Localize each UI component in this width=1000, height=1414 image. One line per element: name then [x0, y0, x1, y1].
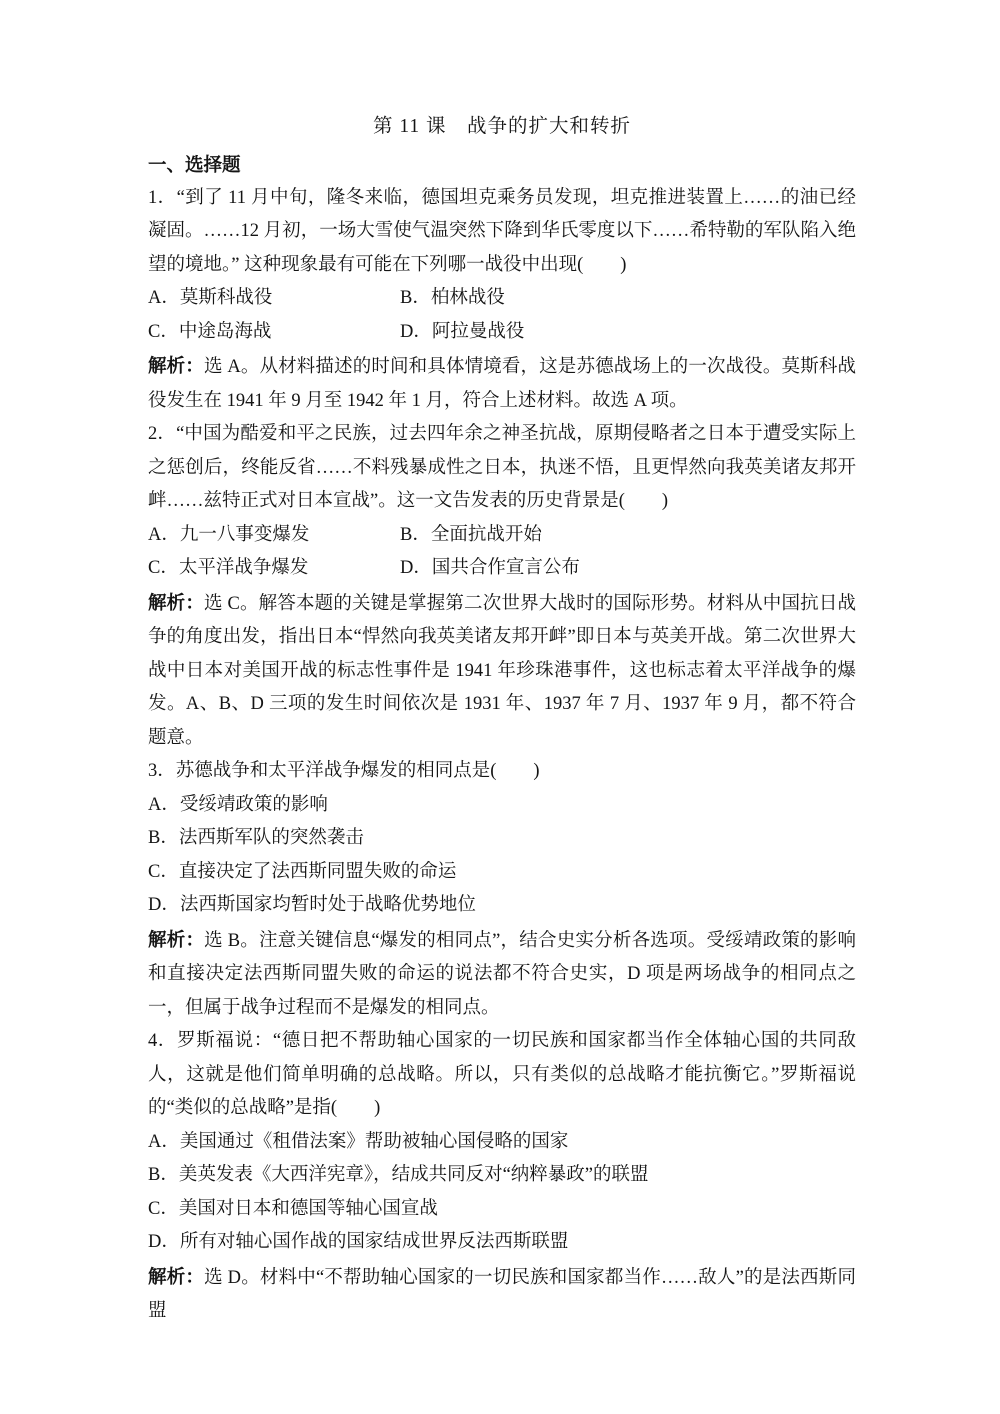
document-content: 第 11 课 战争的扩大和转折 一、选择题 1．“到了 11 月中旬，隆冬来临，… — [148, 110, 856, 1329]
option-b: B．柏林战役 — [400, 282, 856, 316]
document-page: 第 11 课 战争的扩大和转折 一、选择题 1．“到了 11 月中旬，隆冬来临，… — [0, 0, 1000, 1414]
analysis-label: 解析： — [148, 355, 204, 376]
option-b: B．法西斯军队的突然袭击 — [148, 822, 856, 856]
option-c: C．中途岛海战 — [148, 316, 400, 350]
question-2-options: A．九一八事变爆发 B．全面抗战开始 C．太平洋战争爆发 D．国共合作宣言公布 — [148, 519, 856, 586]
question-2: 2．“中国为酷爱和平之民族，过去四年余之神圣抗战，原期侵略者之日本于遭受实际上之… — [148, 418, 856, 755]
analysis-label: 解析： — [148, 1266, 204, 1287]
question-4-options: A．美国通过《租借法案》帮助被轴心国侵略的国家 B．美英发表《大西洋宪章》，结成… — [148, 1126, 856, 1260]
analysis-text: 选 B。注意关键信息“爆发的相同点”，结合史实分析各选项。受绥靖政策的影响和直接… — [148, 931, 856, 1018]
analysis-label: 解析： — [148, 929, 204, 950]
section-heading: 一、选择题 — [148, 148, 856, 182]
option-b: B．美英发表《大西洋宪章》，结成共同反对“纳粹暴政”的联盟 — [148, 1159, 856, 1193]
option-d: D．阿拉曼战役 — [400, 316, 856, 350]
analysis-label: 解析： — [148, 592, 204, 613]
option-c: C．直接决定了法西斯同盟失败的命运 — [148, 856, 856, 890]
analysis-text: 选 D。材料中“不帮助轴心国家的一切民族和国家都当作……敌人”的是法西斯同盟 — [148, 1268, 856, 1322]
question-3: 3．苏德战争和太平洋战争爆发的相同点是( ) A．受绥靖政策的影响 B．法西斯军… — [148, 755, 856, 1025]
analysis-text: 选 C。解答本题的关键是掌握第二次世界大战时的国际形势。材料从中国抗日战争的角度… — [148, 594, 856, 748]
question-3-stem: 3．苏德战争和太平洋战争爆发的相同点是( ) — [148, 755, 856, 789]
option-d: D．所有对轴心国作战的国家结成世界反法西斯联盟 — [148, 1226, 856, 1260]
question-1-analysis: 解析：选 A。从材料描述的时间和具体情境看，这是苏德战场上的一次战役。莫斯科战役… — [148, 349, 856, 418]
question-4: 4．罗斯福说：“德日把不帮助轴心国家的一切民族和国家都当作全体轴心国的共同敌人，… — [148, 1025, 856, 1329]
question-2-analysis: 解析：选 C。解答本题的关键是掌握第二次世界大战时的国际形势。材料从中国抗日战争… — [148, 586, 856, 756]
question-4-analysis: 解析：选 D。材料中“不帮助轴心国家的一切民族和国家都当作……敌人”的是法西斯同… — [148, 1260, 856, 1329]
analysis-text: 选 A。从材料描述的时间和具体情境看，这是苏德战场上的一次战役。莫斯科战役发生在… — [148, 357, 856, 411]
question-4-stem: 4．罗斯福说：“德日把不帮助轴心国家的一切民族和国家都当作全体轴心国的共同敌人，… — [148, 1025, 856, 1126]
document-title: 第 11 课 战争的扩大和转折 — [148, 110, 856, 144]
option-d: D．法西斯国家均暂时处于战略优势地位 — [148, 889, 856, 923]
question-1-options: A．莫斯科战役 B．柏林战役 C．中途岛海战 D．阿拉曼战役 — [148, 282, 856, 349]
option-d: D．国共合作宣言公布 — [400, 552, 856, 586]
option-c: C．美国对日本和德国等轴心国宣战 — [148, 1193, 856, 1227]
question-1-stem: 1．“到了 11 月中旬，隆冬来临，德国坦克乘务员发现，坦克推进装置上……的油已… — [148, 182, 856, 283]
question-3-analysis: 解析：选 B。注意关键信息“爆发的相同点”，结合史实分析各选项。受绥靖政策的影响… — [148, 923, 856, 1026]
option-c: C．太平洋战争爆发 — [148, 552, 400, 586]
option-a: A．受绥靖政策的影响 — [148, 789, 856, 823]
option-a: A．美国通过《租借法案》帮助被轴心国侵略的国家 — [148, 1126, 856, 1160]
question-2-stem: 2．“中国为酷爱和平之民族，过去四年余之神圣抗战，原期侵略者之日本于遭受实际上之… — [148, 418, 856, 519]
question-1: 1．“到了 11 月中旬，隆冬来临，德国坦克乘务员发现，坦克推进装置上……的油已… — [148, 182, 856, 419]
option-b: B．全面抗战开始 — [400, 519, 856, 553]
question-3-options: A．受绥靖政策的影响 B．法西斯军队的突然袭击 C．直接决定了法西斯同盟失败的命… — [148, 789, 856, 923]
option-a: A．莫斯科战役 — [148, 282, 400, 316]
option-a: A．九一八事变爆发 — [148, 519, 400, 553]
